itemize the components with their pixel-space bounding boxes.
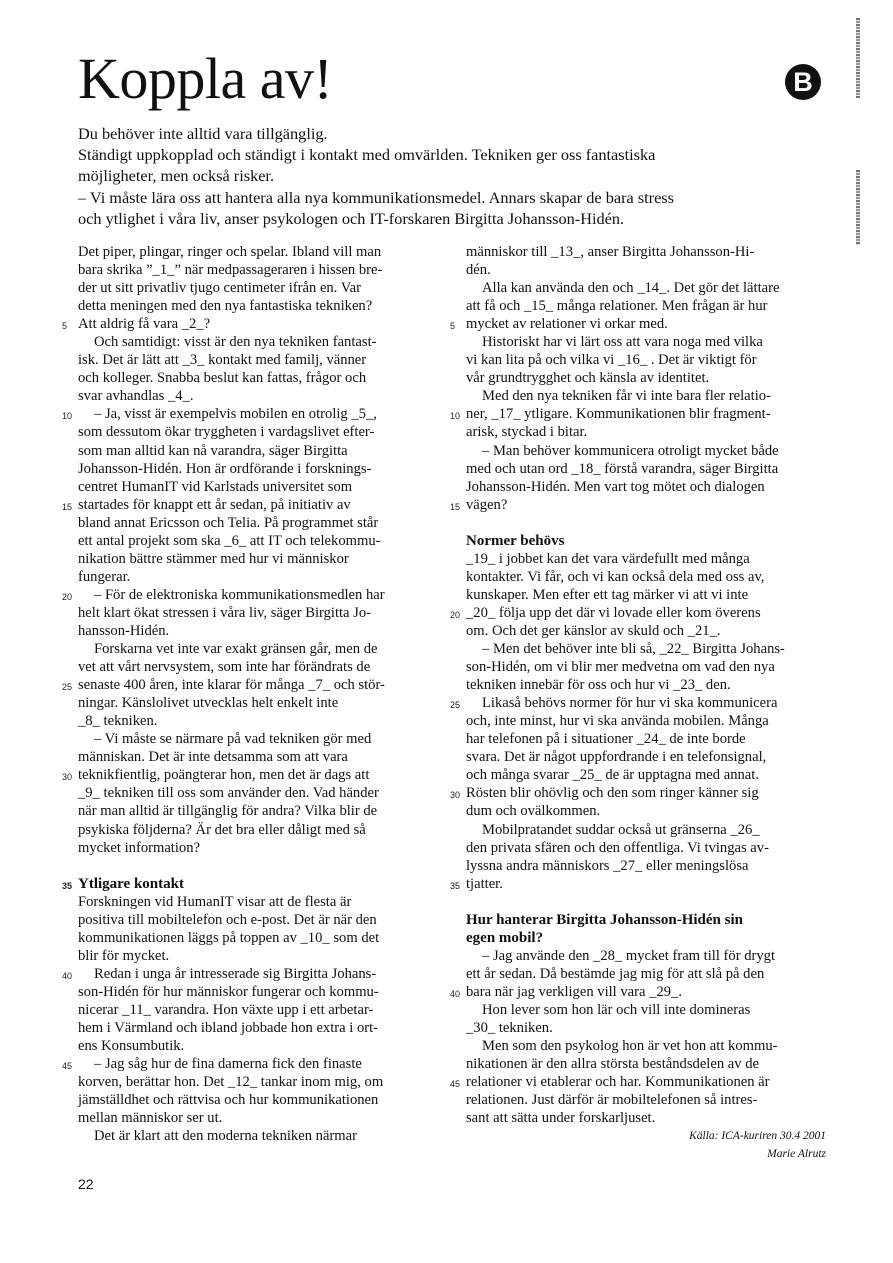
line-number: 20 — [450, 606, 460, 624]
line-text: den privata sfären och den offentliga. V… — [466, 840, 769, 856]
text-line: blir för mycket. — [78, 947, 428, 965]
line-text: – Jag använde den _28_ mycket fram till … — [482, 948, 775, 964]
text-line: 10– Ja, visst är exempelvis mobilen en o… — [78, 405, 428, 423]
line-text: bland annat Ericsson och Telia. På progr… — [78, 515, 378, 531]
intro-lead: Du behöver inte alltid vara tillgänglig.… — [78, 123, 798, 229]
text-line: och många svarar _25_ de är upptagna med… — [466, 766, 826, 784]
text-line: ett år sedan. Då bestämde jag mig för at… — [466, 965, 826, 983]
line-text: ningar. Känslolivet utvecklas helt enkel… — [78, 695, 338, 711]
line-text: – Jag såg hur de fina damerna fick den f… — [94, 1056, 362, 1072]
line-text: dum och ovälkommen. — [466, 803, 600, 819]
line-text: vägen? — [466, 497, 507, 513]
line-text: sant att sätta under forskarljuset. — [466, 1110, 655, 1126]
text-line: kunskaper. Men efter ett tag märker vi a… — [466, 586, 826, 604]
line-text: jämställdhet och rättvisa och hur kommun… — [78, 1092, 378, 1108]
text-line: Det piper, plingar, ringer och spelar. I… — [78, 243, 428, 261]
line-text: relationen. Just därför är mobiltelefone… — [466, 1092, 757, 1108]
line-text: med och utan ord _18_ förstå varandra, s… — [466, 461, 778, 477]
text-line: vår grundtrygghet och känsla av identite… — [466, 369, 826, 387]
line-text: bara när jag verkligen vill vara _29_. — [466, 984, 682, 1000]
text-line: 5Att aldrig få vara _2_? — [78, 315, 428, 333]
text-line: helt klart ökat stressen i våra liv, säg… — [78, 604, 428, 622]
source-credit: Källa: ICA-kuriren 30.4 2001 — [466, 1127, 826, 1145]
line-text: mellan människor ser ut. — [78, 1110, 222, 1126]
line-text: vår grundtrygghet och känsla av identite… — [466, 370, 709, 386]
text-line: ens Konsumbutik. — [78, 1037, 428, 1055]
section-heading: egen mobil? — [466, 929, 826, 947]
line-number: 20 — [62, 588, 72, 606]
text-line: Men som den psykolog hon är vet hon att … — [466, 1037, 826, 1055]
text-line: 20– För de elektroniska kommunikationsme… — [78, 586, 428, 604]
text-line: 40bara när jag verkligen vill vara _29_. — [466, 983, 826, 1001]
line-text: son-Hidén för hur människor fungerar och… — [78, 984, 379, 1000]
text-line: människan. Det är inte detsamma som att … — [78, 748, 428, 766]
line-text: positiva till mobiltelefon och e-post. D… — [78, 912, 377, 928]
article-column-right: människor till _13_, anser Birgitta Joha… — [466, 243, 826, 1163]
text-line: 45relationer vi etablerar och har. Kommu… — [466, 1073, 826, 1091]
line-text: centret HumanIT vid Karlstads universite… — [78, 479, 352, 495]
text-line: isk. Det är lätt att _3_ kontakt med fam… — [78, 351, 428, 369]
text-line: arisk, styckad i bitar. — [466, 423, 826, 441]
text-line: detta meningen med den nya fantastiska t… — [78, 297, 428, 315]
text-line: – Men det behöver inte bli så, _22_ Birg… — [466, 640, 826, 658]
line-text: ner, _17_ ytligare. Kommunikationen blir… — [466, 406, 771, 422]
line-text: isk. Det är lätt att _3_ kontakt med fam… — [78, 352, 366, 368]
line-text: svara. Det är något uppfordrande i en te… — [466, 749, 766, 765]
text-line: som man alltid kan nå varandra, säger Bi… — [78, 442, 428, 460]
line-text: der ut sitt privatliv tjugo centimeter i… — [78, 280, 361, 296]
text-line: korven, berättar hon. Det _12_ tankar in… — [78, 1073, 428, 1091]
line-text: – Men det behöver inte bli så, _22_ Birg… — [482, 641, 785, 657]
intro-line: och ytlighet i våra liv, anser psykologe… — [78, 208, 798, 229]
line-number: 35 — [450, 877, 460, 895]
line-number: 15 — [450, 498, 460, 516]
line-text: korven, berättar hon. Det _12_ tankar in… — [78, 1074, 383, 1090]
line-number: 45 — [62, 1057, 72, 1075]
line-text: har telefonen på i situationer _24_ de i… — [466, 731, 746, 747]
line-text: lyssna andra människors _27_ eller menin… — [466, 858, 749, 874]
paragraph-gap — [466, 893, 826, 911]
line-text: och, inte minst, hur vi ska använda mobi… — [466, 713, 769, 729]
text-line: 45– Jag såg hur de fina damerna fick den… — [78, 1055, 428, 1073]
text-line: son-Hidén för hur människor fungerar och… — [78, 983, 428, 1001]
line-number: 40 — [450, 985, 460, 1003]
line-text: startades för knappt ett år sedan, på in… — [78, 497, 351, 513]
line-text: ett år sedan. Då bestämde jag mig för at… — [466, 966, 764, 982]
intro-line: möjligheter, men också risker. — [78, 165, 798, 186]
text-line: bara skrika ”_1_” när medpassageraren i … — [78, 261, 428, 279]
line-text: mycket av relationer vi orkar med. — [466, 316, 668, 332]
line-number: 40 — [62, 967, 72, 985]
line-text: Det piper, plingar, ringer och spelar. I… — [78, 244, 381, 260]
text-line: Forskningen vid HumanIT visar att de fle… — [78, 893, 428, 911]
line-text: nicerar _11_ varandra. Hon växte upp i e… — [78, 1002, 373, 1018]
text-line: Det är klart att den moderna tekniken nä… — [78, 1127, 428, 1145]
line-text: Men som den psykolog hon är vet hon att … — [482, 1038, 778, 1054]
line-text: Likaså behövs normer för hur vi ska komm… — [482, 695, 777, 711]
intro-line: – Vi måste lära oss att hantera alla nya… — [78, 187, 798, 208]
text-line: 35tjatter. — [466, 875, 826, 893]
line-text: Redan i unga år intresserade sig Birgitt… — [94, 966, 376, 982]
line-text: arisk, styckad i bitar. — [466, 424, 587, 440]
text-line: Hon lever som hon lär och vill inte domi… — [466, 1001, 826, 1019]
line-text: Historiskt har vi lärt oss att vara noga… — [482, 334, 763, 350]
line-text: tekniken innebär för oss och hur vi _23_… — [466, 677, 731, 693]
line-text: Forskarna vet inte var exakt gränsen går… — [94, 641, 377, 657]
line-text: att få och _15_ många relationer. Men fr… — [466, 298, 767, 314]
text-line: ningar. Känslolivet utvecklas helt enkel… — [78, 694, 428, 712]
text-line: Historiskt har vi lärt oss att vara noga… — [466, 333, 826, 351]
text-line: – Man behöver kommunicera otroligt mycke… — [466, 442, 826, 460]
line-text: som man alltid kan nå varandra, säger Bi… — [78, 443, 348, 459]
line-text: – Vi måste se närmare på vad tekniken gö… — [94, 731, 371, 747]
section-heading: Hur hanterar Birgitta Johansson-Hidén si… — [466, 911, 826, 929]
text-line: Och samtidigt: visst är den nya tekniken… — [78, 333, 428, 351]
text-line: med och utan ord _18_ förstå varandra, s… — [466, 460, 826, 478]
line-number: 10 — [62, 407, 72, 425]
intro-line: Du behöver inte alltid vara tillgänglig. — [78, 123, 798, 144]
line-text: detta meningen med den nya fantastiska t… — [78, 298, 372, 314]
text-line: mellan människor ser ut. — [78, 1109, 428, 1127]
text-line: positiva till mobiltelefon och e-post. D… — [78, 911, 428, 929]
line-number: 15 — [62, 498, 72, 516]
line-text: Normer behövs — [466, 533, 564, 549]
line-text: som dessutom ökar tryggheten i vardagsli… — [78, 424, 374, 440]
line-text: Alla kan använda den och _14_. Det gör d… — [482, 280, 779, 296]
line-number: 5 — [62, 317, 67, 335]
line-text: tjatter. — [466, 876, 503, 892]
section-heading: Normer behövs — [466, 532, 826, 550]
line-text: – Man behöver kommunicera otroligt mycke… — [482, 443, 779, 459]
text-line: kontakter. Vi får, och vi kan också dela… — [466, 568, 826, 586]
text-line: sant att sätta under forskarljuset. — [466, 1109, 826, 1127]
intro-line: Ständigt uppkopplad och ständigt i konta… — [78, 144, 798, 165]
text-line: har telefonen på i situationer _24_ de i… — [466, 730, 826, 748]
text-line: 30teknikfientlig, poängterar hon, men de… — [78, 766, 428, 784]
text-line: relationen. Just därför är mobiltelefone… — [466, 1091, 826, 1109]
text-line: ett antal projekt som ska _6_ att IT och… — [78, 532, 428, 550]
page-number: 22 — [78, 1176, 94, 1192]
text-line: Med den nya tekniken får vi inte bara fl… — [466, 387, 826, 405]
text-line: som dessutom ökar tryggheten i vardagsli… — [78, 423, 428, 441]
line-text: vi kan lita på och vilka vi _16_ . Det ä… — [466, 352, 757, 368]
text-line: mycket information? — [78, 839, 428, 857]
text-line: dén. — [466, 261, 826, 279]
page-title: Koppla av! — [78, 50, 332, 108]
line-text: dén. — [466, 262, 491, 278]
line-text: mycket information? — [78, 840, 200, 856]
text-line: vet att vårt nervsystem, som inte har fö… — [78, 658, 428, 676]
line-text: blir för mycket. — [78, 948, 169, 964]
text-line: 10ner, _17_ ytligare. Kommunikationen bl… — [466, 405, 826, 423]
line-text: hem i Värmland och ibland jobbade hon ex… — [78, 1020, 378, 1036]
text-line: fungerar. — [78, 568, 428, 586]
text-line: nicerar _11_ varandra. Hon växte upp i e… — [78, 1001, 428, 1019]
text-line: 25Likaså behövs normer för hur vi ska ko… — [466, 694, 826, 712]
text-line: 25senaste 400 åren, inte klarar för mång… — [78, 676, 428, 694]
line-text: Det är klart att den moderna tekniken nä… — [94, 1128, 357, 1144]
section-heading: 35Ytligare kontakt — [78, 875, 428, 893]
text-line: 20_20_ följa upp det där vi lovade eller… — [466, 604, 826, 622]
text-line: när man alltid är tillgänglig för andra?… — [78, 802, 428, 820]
line-text: svar avhandlas _4_. — [78, 388, 194, 404]
text-line: människor till _13_, anser Birgitta Joha… — [466, 243, 826, 261]
text-line: 15vägen? — [466, 496, 826, 514]
text-line: tekniken innebär för oss och hur vi _23_… — [466, 676, 826, 694]
line-number: 35 — [62, 877, 72, 895]
text-line: dum och ovälkommen. — [466, 802, 826, 820]
line-text: kunskaper. Men efter ett tag märker vi a… — [466, 587, 748, 603]
line-text: _19_ i jobbet kan det vara värdefullt me… — [466, 551, 750, 567]
text-line: centret HumanIT vid Karlstads universite… — [78, 478, 428, 496]
text-line: bland annat Ericsson och Telia. På progr… — [78, 514, 428, 532]
line-text: Rösten blir ohövlig och den som ringer k… — [466, 785, 759, 801]
line-text: bara skrika ”_1_” när medpassageraren i … — [78, 262, 382, 278]
article-column-left: Det piper, plingar, ringer och spelar. I… — [78, 243, 428, 1145]
line-text: Mobilpratandet suddar också ut gränserna… — [482, 822, 760, 838]
line-text: teknikfientlig, poängterar hon, men det … — [78, 767, 369, 783]
paragraph-gap — [466, 514, 826, 532]
line-text: människor till _13_, anser Birgitta Joha… — [466, 244, 754, 260]
text-line: _8_ tekniken. — [78, 712, 428, 730]
line-text: Med den nya tekniken får vi inte bara fl… — [482, 388, 771, 404]
text-line: lyssna andra människors _27_ eller menin… — [466, 857, 826, 875]
scan-edge-artifact — [856, 170, 860, 245]
line-text: Johansson-Hidén. Hon är ordförande i for… — [78, 461, 371, 477]
text-line: 30Rösten blir ohövlig och den som ringer… — [466, 784, 826, 802]
line-text: son-Hidén, om vi blir mer medvetna om va… — [466, 659, 775, 675]
line-text: kommunikationen läggs på toppen av _10_ … — [78, 930, 379, 946]
text-line: och kolleger. Snabba beslut kan fattas, … — [78, 369, 428, 387]
text-line: nikation bättre stämmer med hur vi männi… — [78, 550, 428, 568]
text-line: Mobilpratandet suddar också ut gränserna… — [466, 821, 826, 839]
text-line: Johansson-Hidén. Men vart tog mötet och … — [466, 478, 826, 496]
text-line: kommunikationen läggs på toppen av _10_ … — [78, 929, 428, 947]
text-line: svara. Det är något uppfordrande i en te… — [466, 748, 826, 766]
line-text: relationer vi etablerar och har. Kommuni… — [466, 1074, 770, 1090]
level-badge-b: B — [785, 64, 821, 100]
line-text: Hon lever som hon lär och vill inte domi… — [482, 1002, 750, 1018]
line-text: Och samtidigt: visst är den nya tekniken… — [94, 334, 376, 350]
line-text: senaste 400 åren, inte klarar för många … — [78, 677, 385, 693]
text-line: – Jag använde den _28_ mycket fram till … — [466, 947, 826, 965]
text-line: vi kan lita på och vilka vi _16_ . Det ä… — [466, 351, 826, 369]
line-text: _30_ tekniken. — [466, 1020, 553, 1036]
text-line: Johansson-Hidén. Hon är ordförande i for… — [78, 460, 428, 478]
line-text: psykiska följderna? Är det bra eller dål… — [78, 822, 366, 838]
line-text: helt klart ökat stressen i våra liv, säg… — [78, 605, 371, 621]
text-line: svar avhandlas _4_. — [78, 387, 428, 405]
line-text: _9_ tekniken till oss som använder den. … — [78, 785, 379, 801]
text-line: der ut sitt privatliv tjugo centimeter i… — [78, 279, 428, 297]
line-text: Att aldrig få vara _2_? — [78, 316, 210, 332]
line-text: Ytligare kontakt — [78, 876, 184, 892]
line-text: _20_ följa upp det där vi lovade eller k… — [466, 605, 761, 621]
author-credit: Marie Alrutz — [466, 1145, 826, 1163]
text-line: psykiska följderna? Är det bra eller dål… — [78, 821, 428, 839]
text-line: son-Hidén, om vi blir mer medvetna om va… — [466, 658, 826, 676]
line-number: 45 — [450, 1075, 460, 1093]
line-text: om. Och det ger känslor av skuld och _21… — [466, 623, 721, 639]
text-line: Alla kan använda den och _14_. Det gör d… — [466, 279, 826, 297]
text-line: hem i Värmland och ibland jobbade hon ex… — [78, 1019, 428, 1037]
line-number: 30 — [450, 786, 460, 804]
scan-edge-artifact — [856, 18, 860, 98]
text-line: 15startades för knappt ett år sedan, på … — [78, 496, 428, 514]
line-text: ett antal projekt som ska _6_ att IT och… — [78, 533, 380, 549]
text-line: 5mycket av relationer vi orkar med. — [466, 315, 826, 333]
paragraph-gap — [78, 857, 428, 875]
line-text: egen mobil? — [466, 930, 543, 946]
line-number: 30 — [62, 768, 72, 786]
text-line: 40Redan i unga år intresserade sig Birgi… — [78, 965, 428, 983]
line-text: vet att vårt nervsystem, som inte har fö… — [78, 659, 370, 675]
text-line: och, inte minst, hur vi ska använda mobi… — [466, 712, 826, 730]
line-text: när man alltid är tillgänglig för andra?… — [78, 803, 377, 819]
text-line: nikationen är den allra största bestånds… — [466, 1055, 826, 1073]
line-text: och många svarar _25_ de är upptagna med… — [466, 767, 759, 783]
line-text: fungerar. — [78, 569, 130, 585]
text-line: _19_ i jobbet kan det vara värdefullt me… — [466, 550, 826, 568]
line-text: ens Konsumbutik. — [78, 1038, 184, 1054]
text-line: om. Och det ger känslor av skuld och _21… — [466, 622, 826, 640]
line-text: Forskningen vid HumanIT visar att de fle… — [78, 894, 351, 910]
line-number: 10 — [450, 407, 460, 425]
line-text: kontakter. Vi får, och vi kan också dela… — [466, 569, 764, 585]
text-line: _30_ tekniken. — [466, 1019, 826, 1037]
line-text: – Ja, visst är exempelvis mobilen en otr… — [94, 406, 377, 422]
line-text: – För de elektroniska kommunikationsmedl… — [94, 587, 385, 603]
line-text: _8_ tekniken. — [78, 713, 157, 729]
line-text: människan. Det är inte detsamma som att … — [78, 749, 348, 765]
line-number: 5 — [450, 317, 455, 335]
text-line: hansson-Hidén. — [78, 622, 428, 640]
text-line: _9_ tekniken till oss som använder den. … — [78, 784, 428, 802]
line-text: Hur hanterar Birgitta Johansson-Hidén si… — [466, 912, 743, 928]
line-text: och kolleger. Snabba beslut kan fattas, … — [78, 370, 366, 386]
line-text: nikationen är den allra största bestånds… — [466, 1056, 759, 1072]
text-line: – Vi måste se närmare på vad tekniken gö… — [78, 730, 428, 748]
text-line: Forskarna vet inte var exakt gränsen går… — [78, 640, 428, 658]
text-line: den privata sfären och den offentliga. V… — [466, 839, 826, 857]
line-text: Johansson-Hidén. Men vart tog mötet och … — [466, 479, 765, 495]
text-line: att få och _15_ många relationer. Men fr… — [466, 297, 826, 315]
line-number: 25 — [62, 678, 72, 696]
line-number: 25 — [450, 696, 460, 714]
line-text: nikation bättre stämmer med hur vi männi… — [78, 551, 349, 567]
line-text: hansson-Hidén. — [78, 623, 169, 639]
text-line: jämställdhet och rättvisa och hur kommun… — [78, 1091, 428, 1109]
